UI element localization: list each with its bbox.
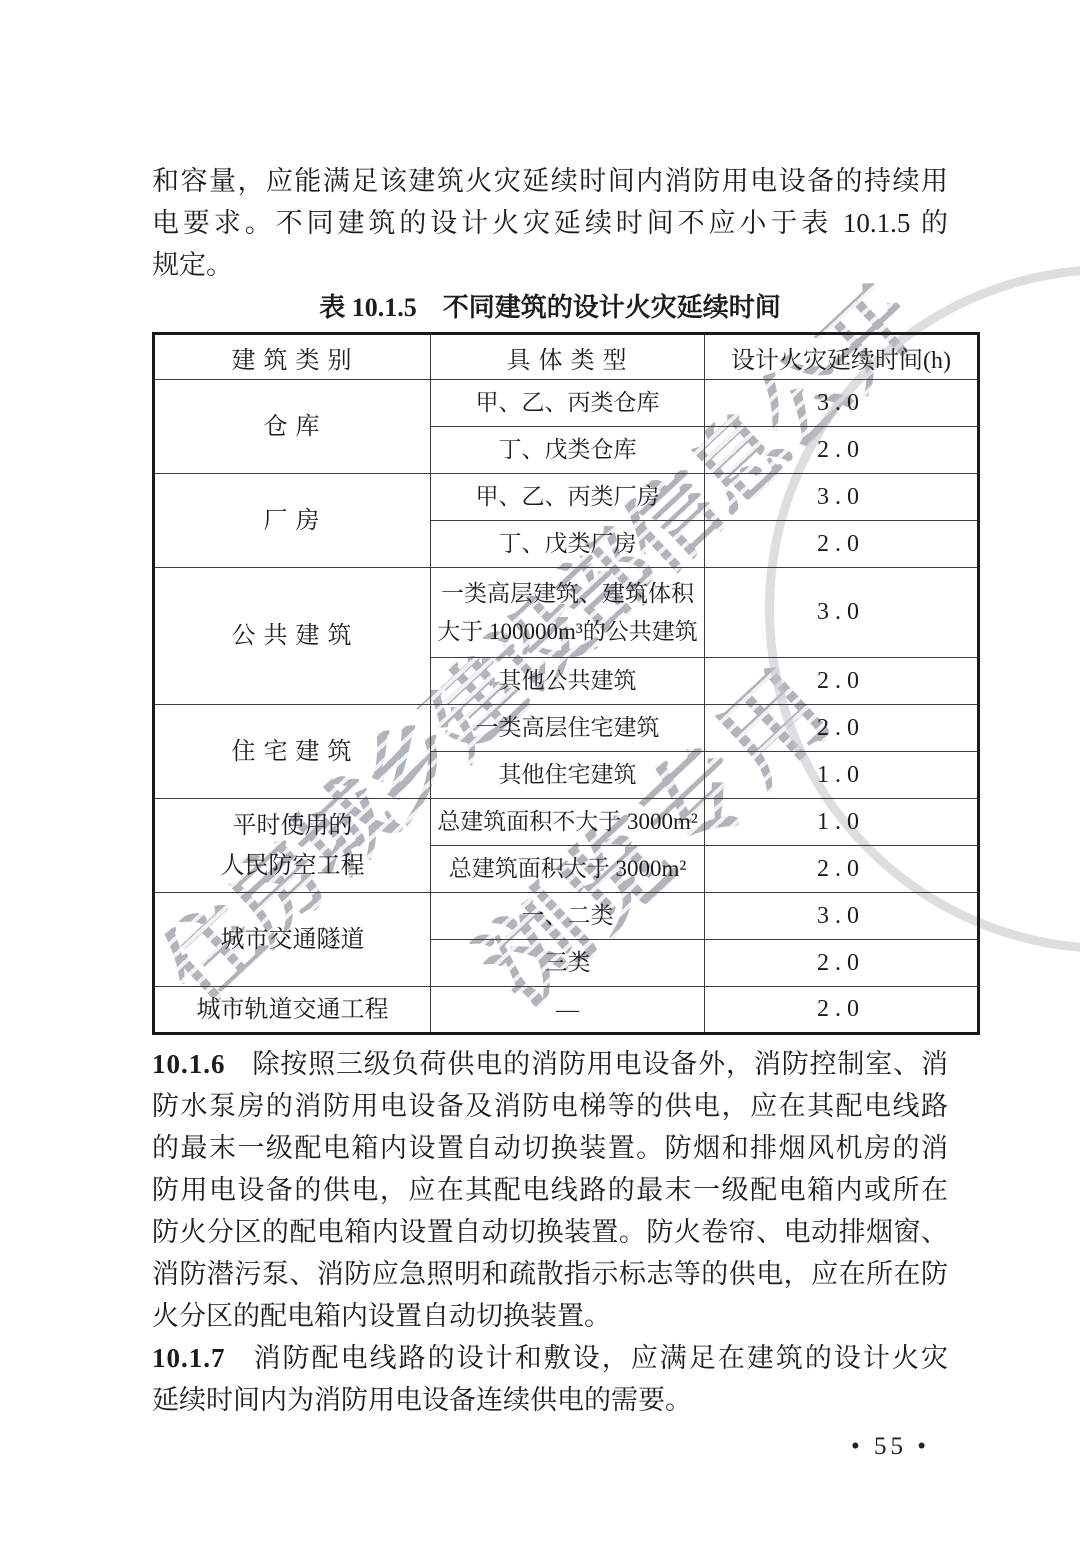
- table-header-cell: 建筑类别: [154, 334, 431, 380]
- section-first-line-text: 除按照三级负荷供电的消防用电设备外，消防控制室、消: [252, 1049, 949, 1079]
- section-line: 防火分区的配电箱内设置自动切换装置。防火卷帘、电动排烟窗、: [152, 1211, 948, 1253]
- table-caption-text: 不同建筑的设计火灾延续时间: [443, 293, 781, 322]
- type-cell: 甲、乙、丙类厂房: [431, 474, 705, 521]
- section-line: 10.1.7消防配电线路的设计和敷设，应满足在建筑的设计火灾: [152, 1337, 948, 1379]
- table-row: 公共建筑一类高层建筑、建筑体积 大于 100000m³的公共建筑3.0: [154, 568, 979, 658]
- type-cell: 一类高层建筑、建筑体积 大于 100000m³的公共建筑: [431, 568, 705, 658]
- intro-line: 和容量，应能满足该建筑火灾延续时间内消防用电设备的持续用: [152, 160, 948, 202]
- type-cell: 其他公共建筑: [431, 658, 705, 705]
- category-cell: 仓库: [154, 380, 431, 474]
- hours-cell: 3.0: [705, 380, 979, 427]
- section-line: 的最末一级配电箱内设置自动切换装置。防烟和排烟风机房的消: [152, 1127, 948, 1169]
- page-content: 和容量，应能满足该建筑火灾延续时间内消防用电设备的持续用电要求。不同建筑的设计火…: [152, 160, 948, 1461]
- hours-cell: 2.0: [705, 987, 979, 1034]
- type-cell: 一类高层住宅建筑: [431, 705, 705, 752]
- document-page: 住房城乡建设部信息公开 浏览专用 和容量，应能满足该建筑火灾延续时间内消防用电设…: [0, 0, 1080, 1565]
- hours-cell: 1.0: [705, 799, 979, 846]
- intro-paragraph: 和容量，应能满足该建筑火灾延续时间内消防用电设备的持续用电要求。不同建筑的设计火…: [152, 160, 948, 286]
- category-cell: 城市轨道交通工程: [154, 987, 431, 1034]
- code-section-10.1.6: 10.1.6除按照三级负荷供电的消防用电设备外，消防控制室、消防水泵房的消防用电…: [152, 1043, 948, 1337]
- type-cell: —: [431, 987, 705, 1034]
- table-header-cell: 具体类型: [431, 334, 705, 380]
- code-sections: 10.1.6除按照三级负荷供电的消防用电设备外，消防控制室、消防水泵房的消防用电…: [152, 1043, 948, 1421]
- type-cell: 总建筑面积大于 3000m²: [431, 846, 705, 893]
- section-line: 延续时间内为消防用电设备连续供电的需要。: [152, 1379, 948, 1421]
- table-row: 仓库甲、乙、丙类仓库3.0: [154, 380, 979, 427]
- intro-line: 电要求。不同建筑的设计火灾延续时间不应小于表 10.1.5 的: [152, 202, 948, 244]
- type-cell: 总建筑面积不大于 3000m²: [431, 799, 705, 846]
- table-row: 城市交通隧道一、二类3.0: [154, 893, 979, 940]
- hours-cell: 2.0: [705, 427, 979, 474]
- table-row: 平时使用的 人民防空工程总建筑面积不大于 3000m²1.0: [154, 799, 979, 846]
- section-line: 火分区的配电箱内设置自动切换装置。: [152, 1295, 948, 1337]
- category-cell: 住宅建筑: [154, 705, 431, 799]
- type-cell: 三类: [431, 940, 705, 987]
- category-cell: 厂房: [154, 474, 431, 568]
- section-line: 防水泵房的消防用电设备及消防电梯等的供电，应在其配电线路: [152, 1085, 948, 1127]
- table-header-row: 建筑类别具体类型设计火灾延续时间(h): [154, 334, 979, 380]
- hours-cell: 3.0: [705, 474, 979, 521]
- section-number: 10.1.7: [152, 1343, 226, 1373]
- hours-cell: 1.0: [705, 752, 979, 799]
- page-number: • 55 •: [152, 1433, 948, 1461]
- hours-cell: 2.0: [705, 521, 979, 568]
- intro-line: 规定。: [152, 244, 948, 286]
- hours-cell: 2.0: [705, 658, 979, 705]
- category-cell: 公共建筑: [154, 568, 431, 705]
- hours-cell: 3.0: [705, 568, 979, 658]
- section-number: 10.1.6: [152, 1049, 226, 1079]
- table-row: 住宅建筑一类高层住宅建筑2.0: [154, 705, 979, 752]
- type-cell: 其他住宅建筑: [431, 752, 705, 799]
- table-row: 厂房甲、乙、丙类厂房3.0: [154, 474, 979, 521]
- type-cell: 甲、乙、丙类仓库: [431, 380, 705, 427]
- table-caption-label: 表 10.1.5: [319, 293, 417, 322]
- section-first-line-text: 消防配电线路的设计和敷设，应满足在建筑的设计火灾: [252, 1343, 949, 1373]
- hours-cell: 3.0: [705, 893, 979, 940]
- type-cell: 一、二类: [431, 893, 705, 940]
- category-cell: 平时使用的 人民防空工程: [154, 799, 431, 893]
- hours-cell: 2.0: [705, 846, 979, 893]
- section-line: 消防潜污泵、消防应急照明和疏散指示标志等的供电，应在所在防: [152, 1253, 948, 1295]
- code-section-10.1.7: 10.1.7消防配电线路的设计和敷设，应满足在建筑的设计火灾延续时间内为消防用电…: [152, 1337, 948, 1421]
- type-cell: 丁、戊类厂房: [431, 521, 705, 568]
- hours-cell: 2.0: [705, 705, 979, 752]
- fire-duration-table: 建筑类别具体类型设计火灾延续时间(h) 仓库甲、乙、丙类仓库3.0丁、戊类仓库2…: [152, 332, 980, 1035]
- table-row: 城市轨道交通工程—2.0: [154, 987, 979, 1034]
- table-caption: 表 10.1.5不同建筑的设计火灾延续时间: [152, 290, 948, 326]
- table-header-cell: 设计火灾延续时间(h): [705, 334, 979, 380]
- hours-cell: 2.0: [705, 940, 979, 987]
- category-cell: 城市交通隧道: [154, 893, 431, 987]
- type-cell: 丁、戊类仓库: [431, 427, 705, 474]
- section-line: 防用电设备的供电，应在其配电线路的最末一级配电箱内或所在: [152, 1169, 948, 1211]
- section-line: 10.1.6除按照三级负荷供电的消防用电设备外，消防控制室、消: [152, 1043, 948, 1085]
